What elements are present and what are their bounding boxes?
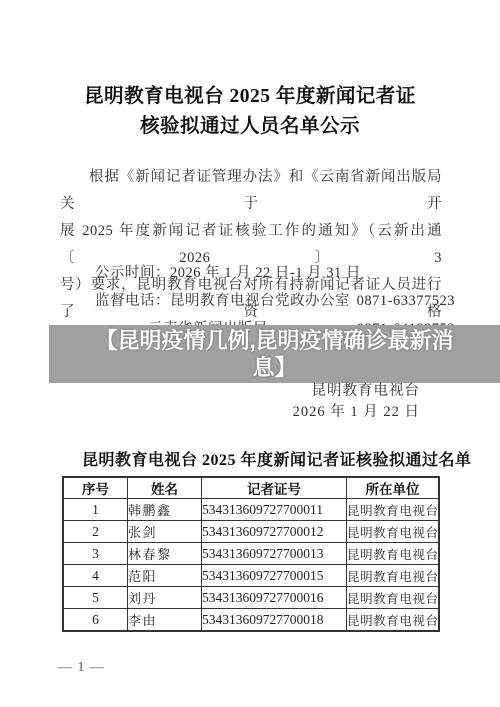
- table-cell: 1: [63, 499, 128, 521]
- table-cell: 韩鹏鑫: [128, 499, 202, 521]
- document-page: 昆明教育电视台 2025 年度新闻记者证核验拟通过人员名单公示 根据《新闻记者证…: [0, 0, 500, 707]
- table-row: 3林春黎534313609727700013昆明教育电视台: [63, 543, 439, 565]
- seo-overlay-banner: 【昆明疫情几例,昆明疫情确诊最新消息】: [49, 325, 500, 383]
- table-cell: 2: [63, 521, 128, 543]
- table-cell: 范阳: [128, 565, 202, 587]
- table-cell: 534313609727700013: [202, 543, 347, 565]
- table-cell: 李由: [128, 609, 202, 632]
- table-body: 1韩鹏鑫534313609727700011昆明教育电视台2张剑53431360…: [63, 499, 439, 632]
- table-row: 1韩鹏鑫534313609727700011昆明教育电视台: [63, 499, 439, 521]
- publicity-period-line: 公示时间：2026 年 1 月 22 日-1 月 31 日: [60, 259, 455, 287]
- table-cell: 3: [63, 543, 128, 565]
- column-header-cert-number: 记者证号: [202, 477, 347, 499]
- table-cell: 昆明教育电视台: [347, 565, 440, 587]
- publicity-period-text: 公示时间：2026 年 1 月 22 日-1 月 31 日: [95, 259, 361, 287]
- supervision-phone-number: 0871-63377523: [357, 287, 455, 315]
- table-cell: 534313609727700018: [202, 609, 347, 632]
- signature-org: 昆明教育电视台: [293, 381, 420, 402]
- page-number: — 1 —: [58, 660, 105, 676]
- text-line: 核验拟通过人员名单公示: [0, 112, 500, 142]
- table-cell: 534313609727700012: [202, 521, 347, 543]
- table-header-row: 序号 姓名 记者证号 所在单位: [63, 477, 439, 499]
- text-line: 【昆明疫情几例,昆明疫情确诊最新消: [49, 327, 500, 354]
- table-cell: 昆明教育电视台: [347, 499, 440, 521]
- table-row: 4范阳534313609727700015昆明教育电视台: [63, 565, 439, 587]
- table-header: 序号 姓名 记者证号 所在单位: [63, 477, 439, 499]
- signature-block: 昆明教育电视台 2026 年 1 月 22 日: [293, 381, 420, 423]
- text-line: 根据《新闻记者证管理办法》和《云南省新闻出版局关于开: [60, 164, 442, 218]
- table-cell: 昆明教育电视台: [347, 521, 440, 543]
- supervision-phone-label: 监督电话：昆明教育电视台党政办公室: [95, 287, 350, 315]
- column-header-organization: 所在单位: [347, 477, 440, 499]
- table-cell: 4: [63, 565, 128, 587]
- table-cell: 昆明教育电视台: [347, 587, 440, 609]
- table-cell: 林春黎: [128, 543, 202, 565]
- table-cell: 昆明教育电视台: [347, 609, 440, 632]
- column-header-index: 序号: [63, 477, 128, 499]
- supervision-phone-line: 监督电话：昆明教育电视台党政办公室 0871-63377523: [60, 287, 455, 315]
- text-line: 昆明教育电视台 2025 年度新闻记者证: [0, 82, 500, 112]
- table-cell: 534313609727700016: [202, 587, 347, 609]
- column-header-name: 姓名: [128, 477, 202, 499]
- text-line: 息】: [49, 354, 500, 381]
- table-cell: 刘丹: [128, 587, 202, 609]
- table-caption: 昆明教育电视台 2025 年度新闻记者证核验拟通过名单: [82, 447, 472, 470]
- table-row: 5刘丹534313609727700016昆明教育电视台: [63, 587, 439, 609]
- table-cell: 昆明教育电视台: [347, 543, 440, 565]
- signature-date: 2026 年 1 月 22 日: [293, 402, 420, 423]
- document-title: 昆明教育电视台 2025 年度新闻记者证核验拟通过人员名单公示: [0, 82, 500, 142]
- table-cell: 5: [63, 587, 128, 609]
- table-cell: 6: [63, 609, 128, 632]
- table-cell: 534313609727700015: [202, 565, 347, 587]
- table-row: 6李由534313609727700018昆明教育电视台: [63, 609, 439, 632]
- table-row: 2张剑534313609727700012昆明教育电视台: [63, 521, 439, 543]
- table-cell: 张剑: [128, 521, 202, 543]
- verification-table: 序号 姓名 记者证号 所在单位 1韩鹏鑫534313609727700011昆明…: [62, 476, 440, 632]
- table-cell: 534313609727700011: [202, 499, 347, 521]
